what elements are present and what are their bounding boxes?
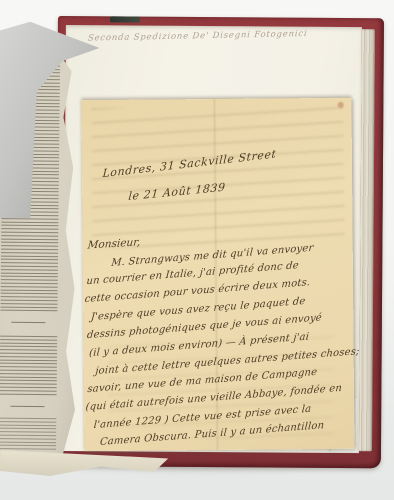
- newsprint-rule: [10, 406, 44, 407]
- newsprint-column: [0, 418, 56, 453]
- photograph-of-album-page: Seconda Spedizione De' Disegni Fotogenic…: [0, 0, 394, 500]
- newsprint-column: [0, 336, 57, 397]
- letter-salutation: Monsieur,: [87, 236, 141, 251]
- handwritten-letter: Londres, 31 Sackville Street le 21 Août …: [81, 98, 354, 451]
- open-album-book: Seconda Spedizione De' Disegni Fotogenic…: [55, 16, 384, 468]
- newsprint-rule: [11, 322, 45, 323]
- book-headband: [110, 16, 140, 22]
